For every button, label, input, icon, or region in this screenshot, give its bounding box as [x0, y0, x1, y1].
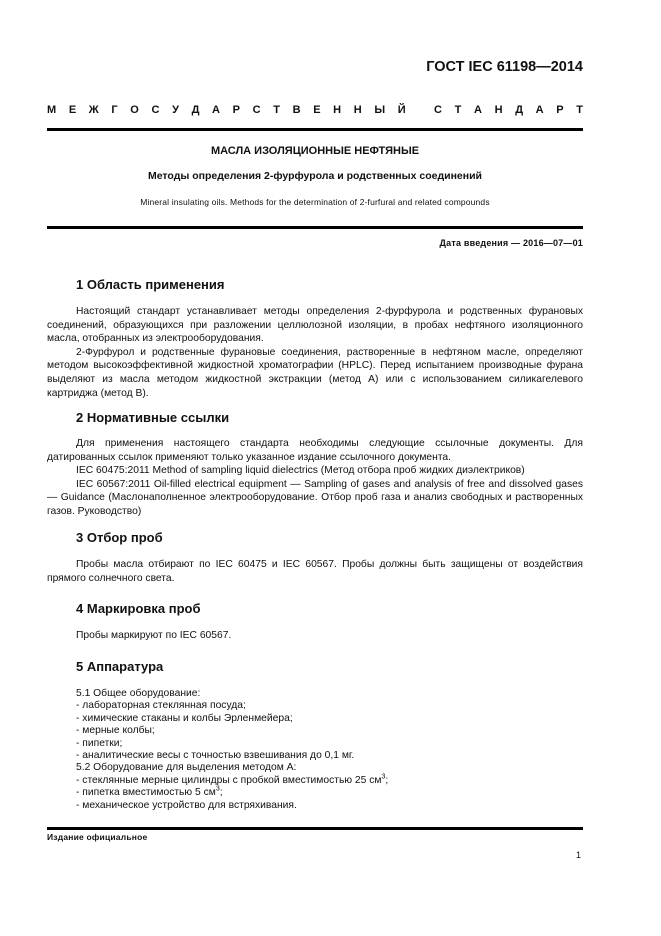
banner-letter: О	[130, 104, 139, 116]
section-1-heading: 1 Область применения	[76, 277, 225, 292]
reference-iec-60475: IEC 60475:2011 Method of sampling liquid…	[47, 464, 583, 478]
list-item: - аналитические весы с точностью взвешив…	[76, 750, 576, 762]
list-item: 5.2 Оборудование для выделения методом А…	[76, 762, 576, 774]
paragraph: Настоящий стандарт устанавливает методы …	[47, 305, 583, 346]
document-subtitle: Методы определения 2-фурфурола и родстве…	[0, 170, 630, 182]
official-edition-label: Издание официальное	[47, 832, 147, 842]
banner-letter: Н	[333, 104, 341, 116]
document-title: МАСЛА ИЗОЛЯЦИОННЫЕ НЕФТЯНЫЕ	[0, 145, 630, 157]
banner-letter: С	[253, 104, 261, 116]
list-item: - лабораторная стеклянная посуда;	[76, 700, 576, 712]
banner-letter: А	[474, 104, 482, 116]
banner-letter	[418, 104, 421, 116]
paragraph: Пробы масла отбирают по IEC 60475 и IEC …	[47, 558, 583, 585]
page-number: 1	[576, 850, 581, 860]
list-item: - стеклянные мерные цилиндры с пробкой в…	[76, 775, 576, 787]
banner-letter: С	[434, 104, 442, 116]
banner-letter: Ы	[374, 104, 385, 116]
banner-letter: Р	[556, 104, 563, 116]
english-title: Mineral insulating oils. Methods for the…	[0, 197, 630, 207]
banner-letter: А	[212, 104, 220, 116]
footer-rule	[47, 827, 583, 830]
list-item: 5.1 Общее оборудование:	[76, 688, 576, 700]
banner-letter: Й	[398, 104, 406, 116]
section-4-heading: 4 Маркировка проб	[76, 601, 200, 616]
banner-letter: Р	[233, 104, 240, 116]
banner-letter: Н	[354, 104, 362, 116]
paragraph: Пробы маркируют по IEC 60567.	[47, 629, 583, 643]
title-rule	[47, 226, 583, 229]
list-item: - пипетка вместимостью 5 см3;	[76, 787, 576, 799]
banner-letter: Д	[192, 104, 200, 116]
list-item: - механическое устройство для встряхиван…	[76, 800, 576, 812]
paragraph: Для применения настоящего стандарта необ…	[47, 437, 583, 464]
section-3-heading: 3 Отбор проб	[76, 530, 163, 545]
banner-letter: Т	[455, 104, 462, 116]
banner-letter: М	[47, 104, 56, 116]
banner-letter: Т	[576, 104, 583, 116]
list-item: - пипетки;	[76, 738, 576, 750]
banner-letter: Т	[273, 104, 280, 116]
banner-letter: В	[293, 104, 301, 116]
paragraph: 2-Фурфурол и родственные фурановые соеди…	[47, 346, 583, 400]
list-item: - химические стаканы и колбы Эрленмейера…	[76, 713, 576, 725]
banner-letter: Е	[69, 104, 76, 116]
list-item: - мерные колбы;	[76, 725, 576, 737]
introduction-date: Дата введения — 2016—07—01	[0, 238, 583, 248]
reference-iec-60567: IEC 60567:2011 Oil-filled electrical equ…	[47, 478, 583, 519]
banner-letter: А	[536, 104, 544, 116]
section-3-body: Пробы масла отбирают по IEC 60475 и IEC …	[47, 558, 583, 585]
banner-letter: Е	[313, 104, 320, 116]
section-2-heading: 2 Нормативные ссылки	[76, 410, 229, 425]
banner-letter: Ж	[89, 104, 99, 116]
standard-code: ГОСТ IEC 61198—2014	[0, 59, 583, 75]
interstate-standard-banner: МЕЖГОСУДАРСТВЕННЫЙ СТАНДАРТ	[47, 104, 583, 116]
section-2-body: Для применения настоящего стандарта необ…	[47, 437, 583, 519]
banner-letter: Г	[111, 104, 117, 116]
section-5-list: 5.1 Общее оборудование: - лабораторная с…	[76, 688, 576, 812]
banner-letter: Д	[515, 104, 523, 116]
banner-letter: Н	[495, 104, 503, 116]
section-4-body: Пробы маркируют по IEC 60567.	[47, 629, 583, 643]
section-5-heading: 5 Аппаратура	[76, 659, 163, 674]
section-1-body: Настоящий стандарт устанавливает методы …	[47, 305, 583, 400]
banner-letter: У	[172, 104, 179, 116]
banner-letter: С	[151, 104, 159, 116]
header-rule	[47, 128, 583, 131]
